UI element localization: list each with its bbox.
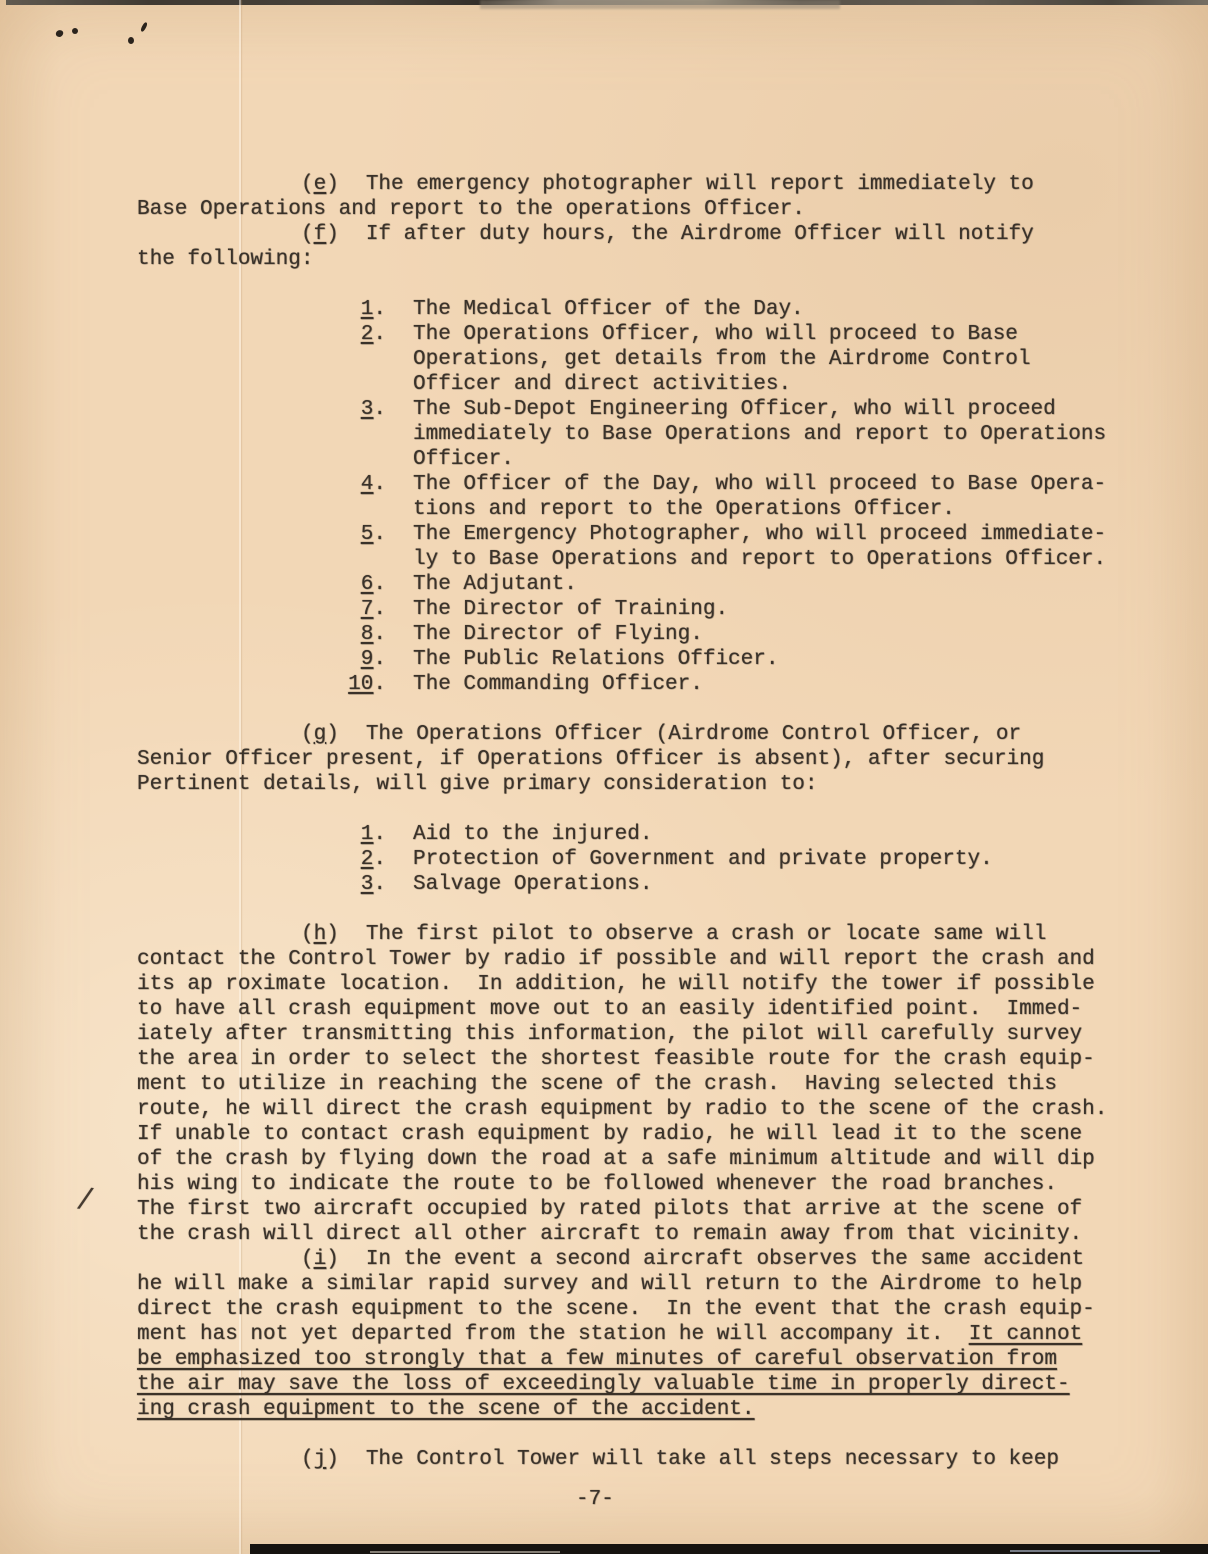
list-item-number: 8. <box>348 622 386 647</box>
list-item: 4.The Officer of the Day, who will proce… <box>348 472 1157 522</box>
paragraph-text: Base Operations and report to the operat… <box>137 197 1157 222</box>
paragraph-label: (e) <box>301 173 339 196</box>
list-item-number: 3. <box>348 872 386 897</box>
list-item-text: The Sub-Depot Engineering Officer, who w… <box>413 397 1106 472</box>
list-item: 2.Protection of Government and private p… <box>348 847 1157 872</box>
list-item-text: The Adjutant. <box>413 572 577 597</box>
paragraph-text: the following: <box>137 247 1157 272</box>
list-item-text: The Public Relations Officer. <box>413 647 778 672</box>
paragraph-f: (f)If after duty hours, the Airdrome Off… <box>137 222 1157 272</box>
paragraph-text: If after duty hours, the Airdrome Office… <box>366 223 1034 246</box>
ink-speck <box>128 37 134 44</box>
list-item-text: The Officer of the Day, who will proceed… <box>413 472 1106 522</box>
list-item-text: Salvage Operations. <box>413 872 652 897</box>
list-item: 1.The Medical Officer of the Day. <box>348 297 1157 322</box>
paragraph-line: (e)The emergency photographer will repor… <box>137 172 1157 197</box>
list-item-number: 2. <box>348 847 386 872</box>
paragraph-i: (i)In the event a second aircraft observ… <box>137 1247 1157 1422</box>
paragraph-label: (h) <box>301 923 339 946</box>
paragraph-line: (g)The Operations Officer (Airdrome Cont… <box>137 722 1157 747</box>
paragraph-line: (h)The first pilot to observe a crash or… <box>137 922 1157 947</box>
list-item: 6.The Adjutant. <box>348 572 1157 597</box>
list-item-text: The Emergency Photographer, who will pro… <box>413 522 1106 572</box>
paragraph-e: (e)The emergency photographer will repor… <box>137 172 1157 222</box>
paragraph-j: (j)The Control Tower will take all steps… <box>137 1447 1157 1472</box>
paragraph-line: (i)In the event a second aircraft observ… <box>137 1247 1157 1272</box>
list-item-number: 1. <box>348 822 386 847</box>
list-item-number: 1. <box>348 297 386 322</box>
list-item-text: The Director of Training. <box>413 597 728 622</box>
paragraph-label: (i) <box>301 1248 339 1271</box>
list-item: 10.The Commanding Officer. <box>348 672 1157 697</box>
document-body-text: (e)The emergency photographer will repor… <box>137 172 1157 1472</box>
paragraph-label: (j) <box>301 1448 339 1471</box>
list-item: 5.The Emergency Photographer, who will p… <box>348 522 1157 572</box>
list-item-text: Aid to the injured. <box>413 822 652 847</box>
paragraph-text: The Operations Officer (Airdrome Control… <box>366 723 1021 746</box>
list-item: 8.The Director of Flying. <box>348 622 1157 647</box>
paragraph-line: (j)The Control Tower will take all steps… <box>137 1447 1157 1472</box>
list-item-number: 9. <box>348 647 386 672</box>
scanned-document-page: (e)The emergency photographer will repor… <box>0 0 1208 1554</box>
paragraph-text: The emergency photographer will report i… <box>366 173 1034 196</box>
list-item-number: 7. <box>348 597 386 622</box>
list-item: 7.The Director of Training. <box>348 597 1157 622</box>
paragraph-h: (h)The first pilot to observe a crash or… <box>137 922 1157 1247</box>
list-item-text: The Director of Flying. <box>413 622 703 647</box>
page-number: -7- <box>576 1487 614 1512</box>
list-item-number: 2. <box>348 322 386 397</box>
list-item: 2.The Operations Officer, who will proce… <box>348 322 1157 397</box>
list-item: 3.The Sub-Depot Engineering Officer, who… <box>348 397 1157 472</box>
paragraph-label: (g) <box>301 723 339 746</box>
paragraph-text: The Control Tower will take all steps ne… <box>366 1448 1059 1471</box>
paragraph-text: Senior Officer present, if Operations Of… <box>137 747 1157 797</box>
paragraph-text: The first pilot to observe a crash or lo… <box>366 923 1047 946</box>
paragraph-line: (f)If after duty hours, the Airdrome Off… <box>137 222 1157 247</box>
list-item-number: 6. <box>348 572 386 597</box>
handwritten-slash-mark: / <box>75 1189 96 1216</box>
paragraph-label: (f) <box>301 223 339 246</box>
ink-speck <box>55 29 64 38</box>
primary-consideration-list: 1.Aid to the injured. 2.Protection of Go… <box>348 822 1157 897</box>
list-item: 1.Aid to the injured. <box>348 822 1157 847</box>
list-item-text: The Medical Officer of the Day. <box>413 297 804 322</box>
paragraph-text: contact the Control Tower by radio if po… <box>137 947 1157 1247</box>
list-item-number: 10. <box>348 672 386 697</box>
list-item-text: The Operations Officer, who will proceed… <box>413 322 1031 397</box>
scan-edge-bottom-highlight <box>1010 1550 1160 1552</box>
list-item: 9.The Public Relations Officer. <box>348 647 1157 672</box>
paragraph-g: (g)The Operations Officer (Airdrome Cont… <box>137 722 1157 797</box>
scan-edge-bottom-highlight <box>370 1551 560 1553</box>
list-item-text: The Commanding Officer. <box>413 672 703 697</box>
list-item-number: 3. <box>348 397 386 472</box>
notify-officials-list: 1.The Medical Officer of the Day. 2.The … <box>348 297 1157 697</box>
paragraph-text: In the event a second aircraft observes … <box>366 1248 1084 1271</box>
ink-speck <box>72 28 78 34</box>
paragraph-text: he will make a similar rapid survey and … <box>137 1272 1157 1422</box>
ink-speck <box>140 22 148 33</box>
list-item: 3.Salvage Operations. <box>348 872 1157 897</box>
list-item-number: 4. <box>348 472 386 522</box>
scan-edge-top-smudge <box>480 0 840 9</box>
list-item-number: 5. <box>348 522 386 572</box>
list-item-text: Protection of Government and private pro… <box>413 847 993 872</box>
